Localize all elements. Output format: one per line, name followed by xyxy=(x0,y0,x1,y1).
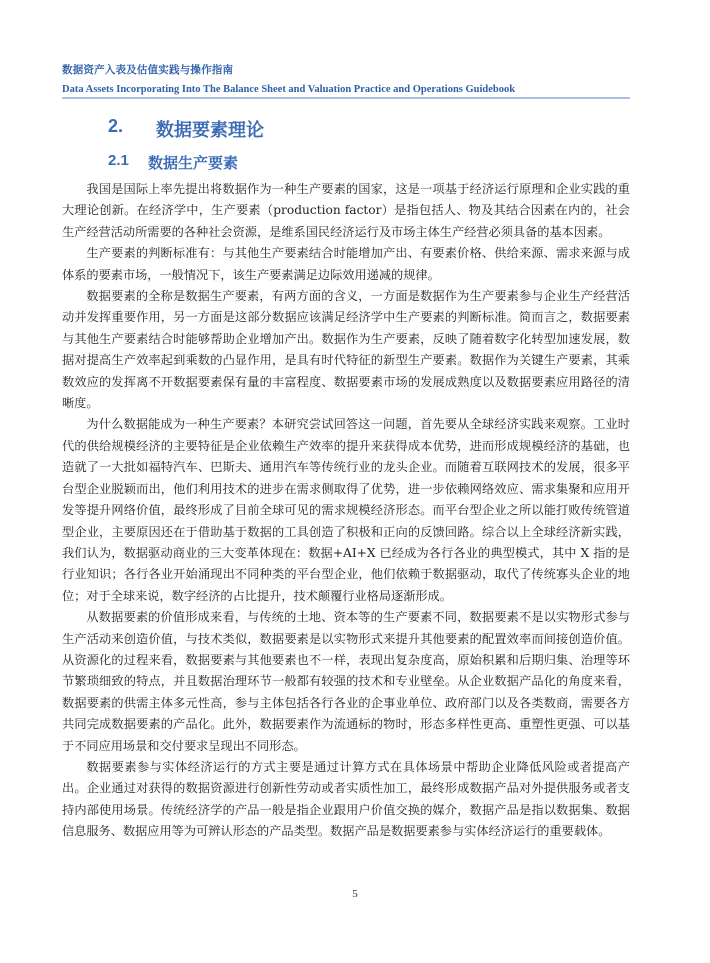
body-text: 我国是国际上率先提出将数据作为一种生产要素的国家，这是一项基于经济运行原理和企业… xyxy=(62,179,630,843)
subsection-title: 数据生产要素 xyxy=(148,152,238,173)
section-heading: 2. 数据要素理论 xyxy=(108,116,264,142)
section-title: 数据要素理论 xyxy=(156,116,264,142)
subsection-number: 2.1 xyxy=(108,152,148,173)
header-title-cn: 数据资产入表及估值实践与操作指南 xyxy=(62,62,630,78)
paragraph: 为什么数据能成为一种生产要素？本研究尝试回答这一问题，首先要从全球经济实践来观察… xyxy=(62,414,630,607)
running-header: 数据资产入表及估值实践与操作指南 Data Assets Incorporati… xyxy=(62,62,630,98)
page-number: 5 xyxy=(0,888,710,900)
paragraph: 数据要素的全称是数据生产要素，有两方面的含义，一方面是数据作为生产要素参与企业生… xyxy=(62,286,630,414)
paragraph: 数据要素参与实体经济运行的方式主要是通过计算方式在具体场景中帮助企业降低风险或者… xyxy=(62,757,630,843)
paragraph: 从数据要素的价值形成来看，与传统的土地、资本等的生产要素不同，数据要素不是以实物… xyxy=(62,607,630,757)
section-number: 2. xyxy=(108,116,156,142)
paragraph: 生产要素的判断标准有：与其他生产要素结合时能增加产出、有要素价格、供给来源、需求… xyxy=(62,243,630,286)
header-divider xyxy=(62,97,630,99)
header-title-en: Data Assets Incorporating Into The Balan… xyxy=(62,82,630,98)
subsection-heading: 2.1 数据生产要素 xyxy=(108,152,238,173)
paragraph: 我国是国际上率先提出将数据作为一种生产要素的国家，这是一项基于经济运行原理和企业… xyxy=(62,179,630,243)
